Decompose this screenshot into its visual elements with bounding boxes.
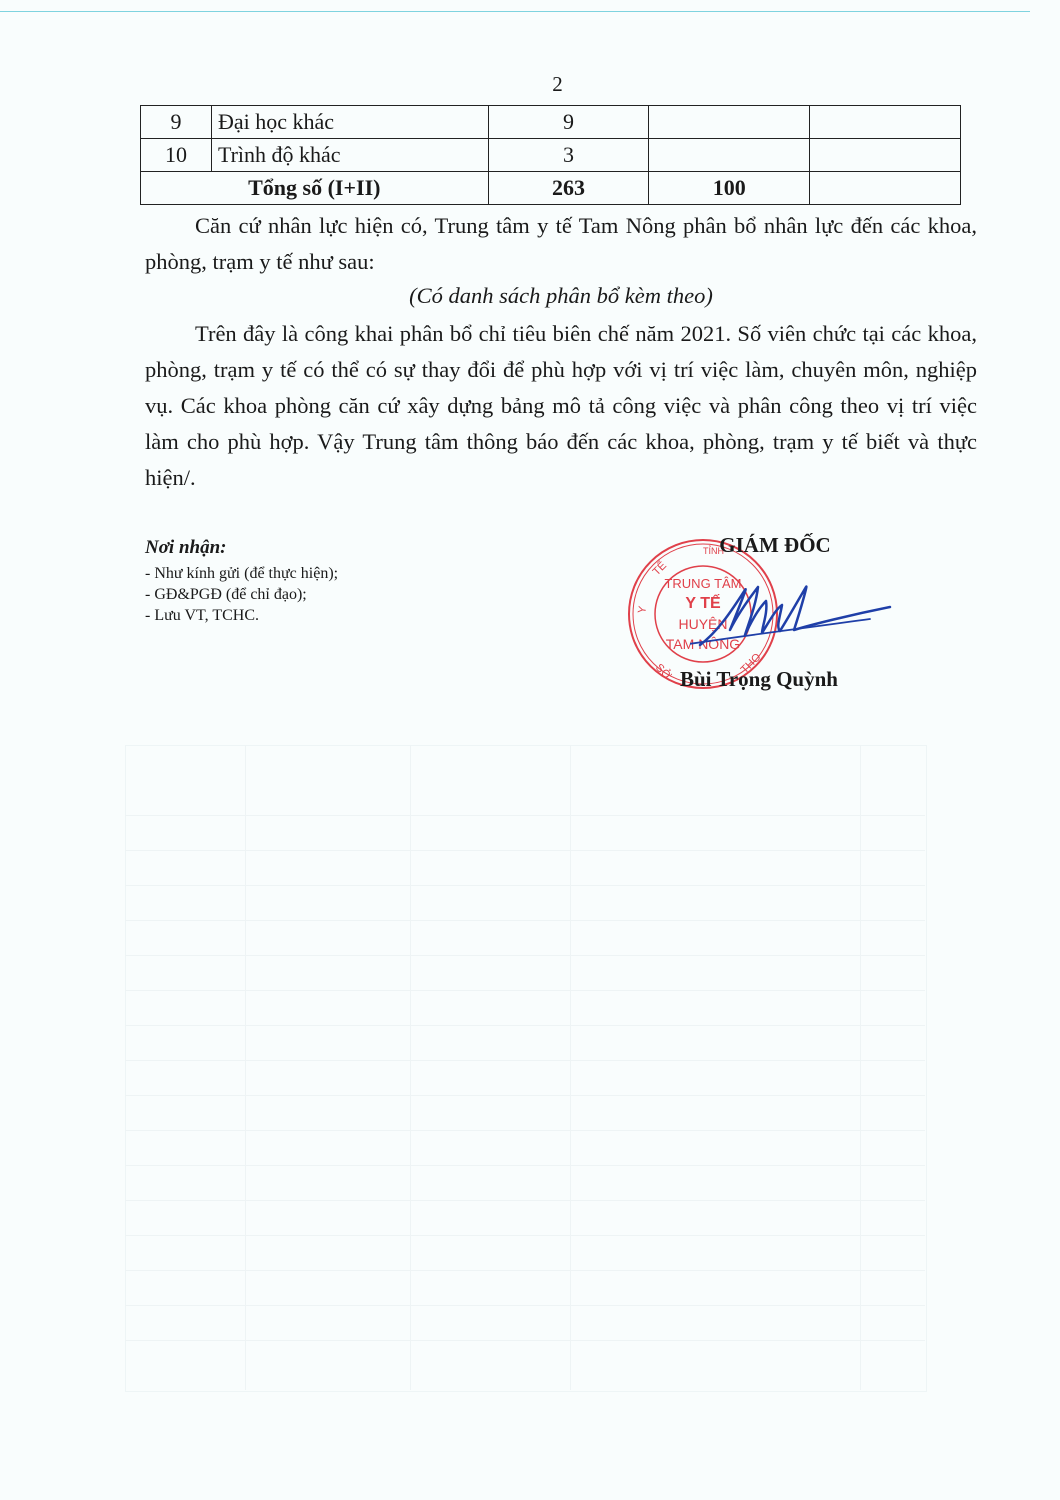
row-label: Đại học khác [211, 106, 488, 139]
signer-name: Bùi Trọng Quỳnh [680, 667, 838, 692]
body-paragraph-1: Căn cứ nhân lực hiện có, Trung tâm y tế … [145, 208, 977, 280]
row-percent [649, 106, 810, 139]
page-number: 2 [0, 72, 1060, 97]
bleed-through-line [860, 745, 861, 1390]
bleed-through-line [245, 745, 246, 1390]
total-label: Tổng số (I+II) [141, 172, 489, 205]
attachment-note: (Có danh sách phân bổ kèm theo) [145, 283, 977, 309]
scan-edge-line [0, 11, 1030, 12]
svg-text:Y: Y [636, 605, 649, 615]
row-number: 9 [141, 106, 212, 139]
row-percent [649, 139, 810, 172]
body-paragraph-2: Trên đây là công khai phân bổ chỉ tiêu b… [145, 316, 977, 496]
row-count: 3 [488, 139, 649, 172]
signer-position: GIÁM ĐỐC [700, 533, 850, 558]
row-count: 9 [488, 106, 649, 139]
row-number: 10 [141, 139, 212, 172]
recipient-item: - Như kính gửi (để thực hiện); [145, 563, 338, 584]
table-row: 9 Đại học khác 9 [141, 106, 961, 139]
recipients-block: Nơi nhận: - Như kính gửi (để thực hiện);… [145, 537, 338, 626]
row-label: Trình độ khác [211, 139, 488, 172]
bleed-through-line [410, 745, 411, 1390]
table-row: 10 Trình độ khác 3 [141, 139, 961, 172]
staff-summary-table: 9 Đại học khác 9 10 Trình độ khác 3 Tổng… [140, 105, 961, 205]
recipients-title: Nơi nhận: [145, 537, 338, 559]
total-note [810, 172, 961, 205]
row-note [810, 139, 961, 172]
total-percent: 100 [649, 172, 810, 205]
handwritten-signature-icon [690, 575, 895, 660]
bleed-through-line [570, 745, 571, 1390]
recipient-item: - Lưu VT, TCHC. [145, 605, 338, 626]
row-note [810, 106, 961, 139]
svg-text:SỞ: SỞ [653, 661, 674, 682]
table-total-row: Tổng số (I+II) 263 100 [141, 172, 961, 205]
recipient-item: - GĐ&PGĐ (để chỉ đạo); [145, 584, 338, 605]
total-count: 263 [488, 172, 649, 205]
